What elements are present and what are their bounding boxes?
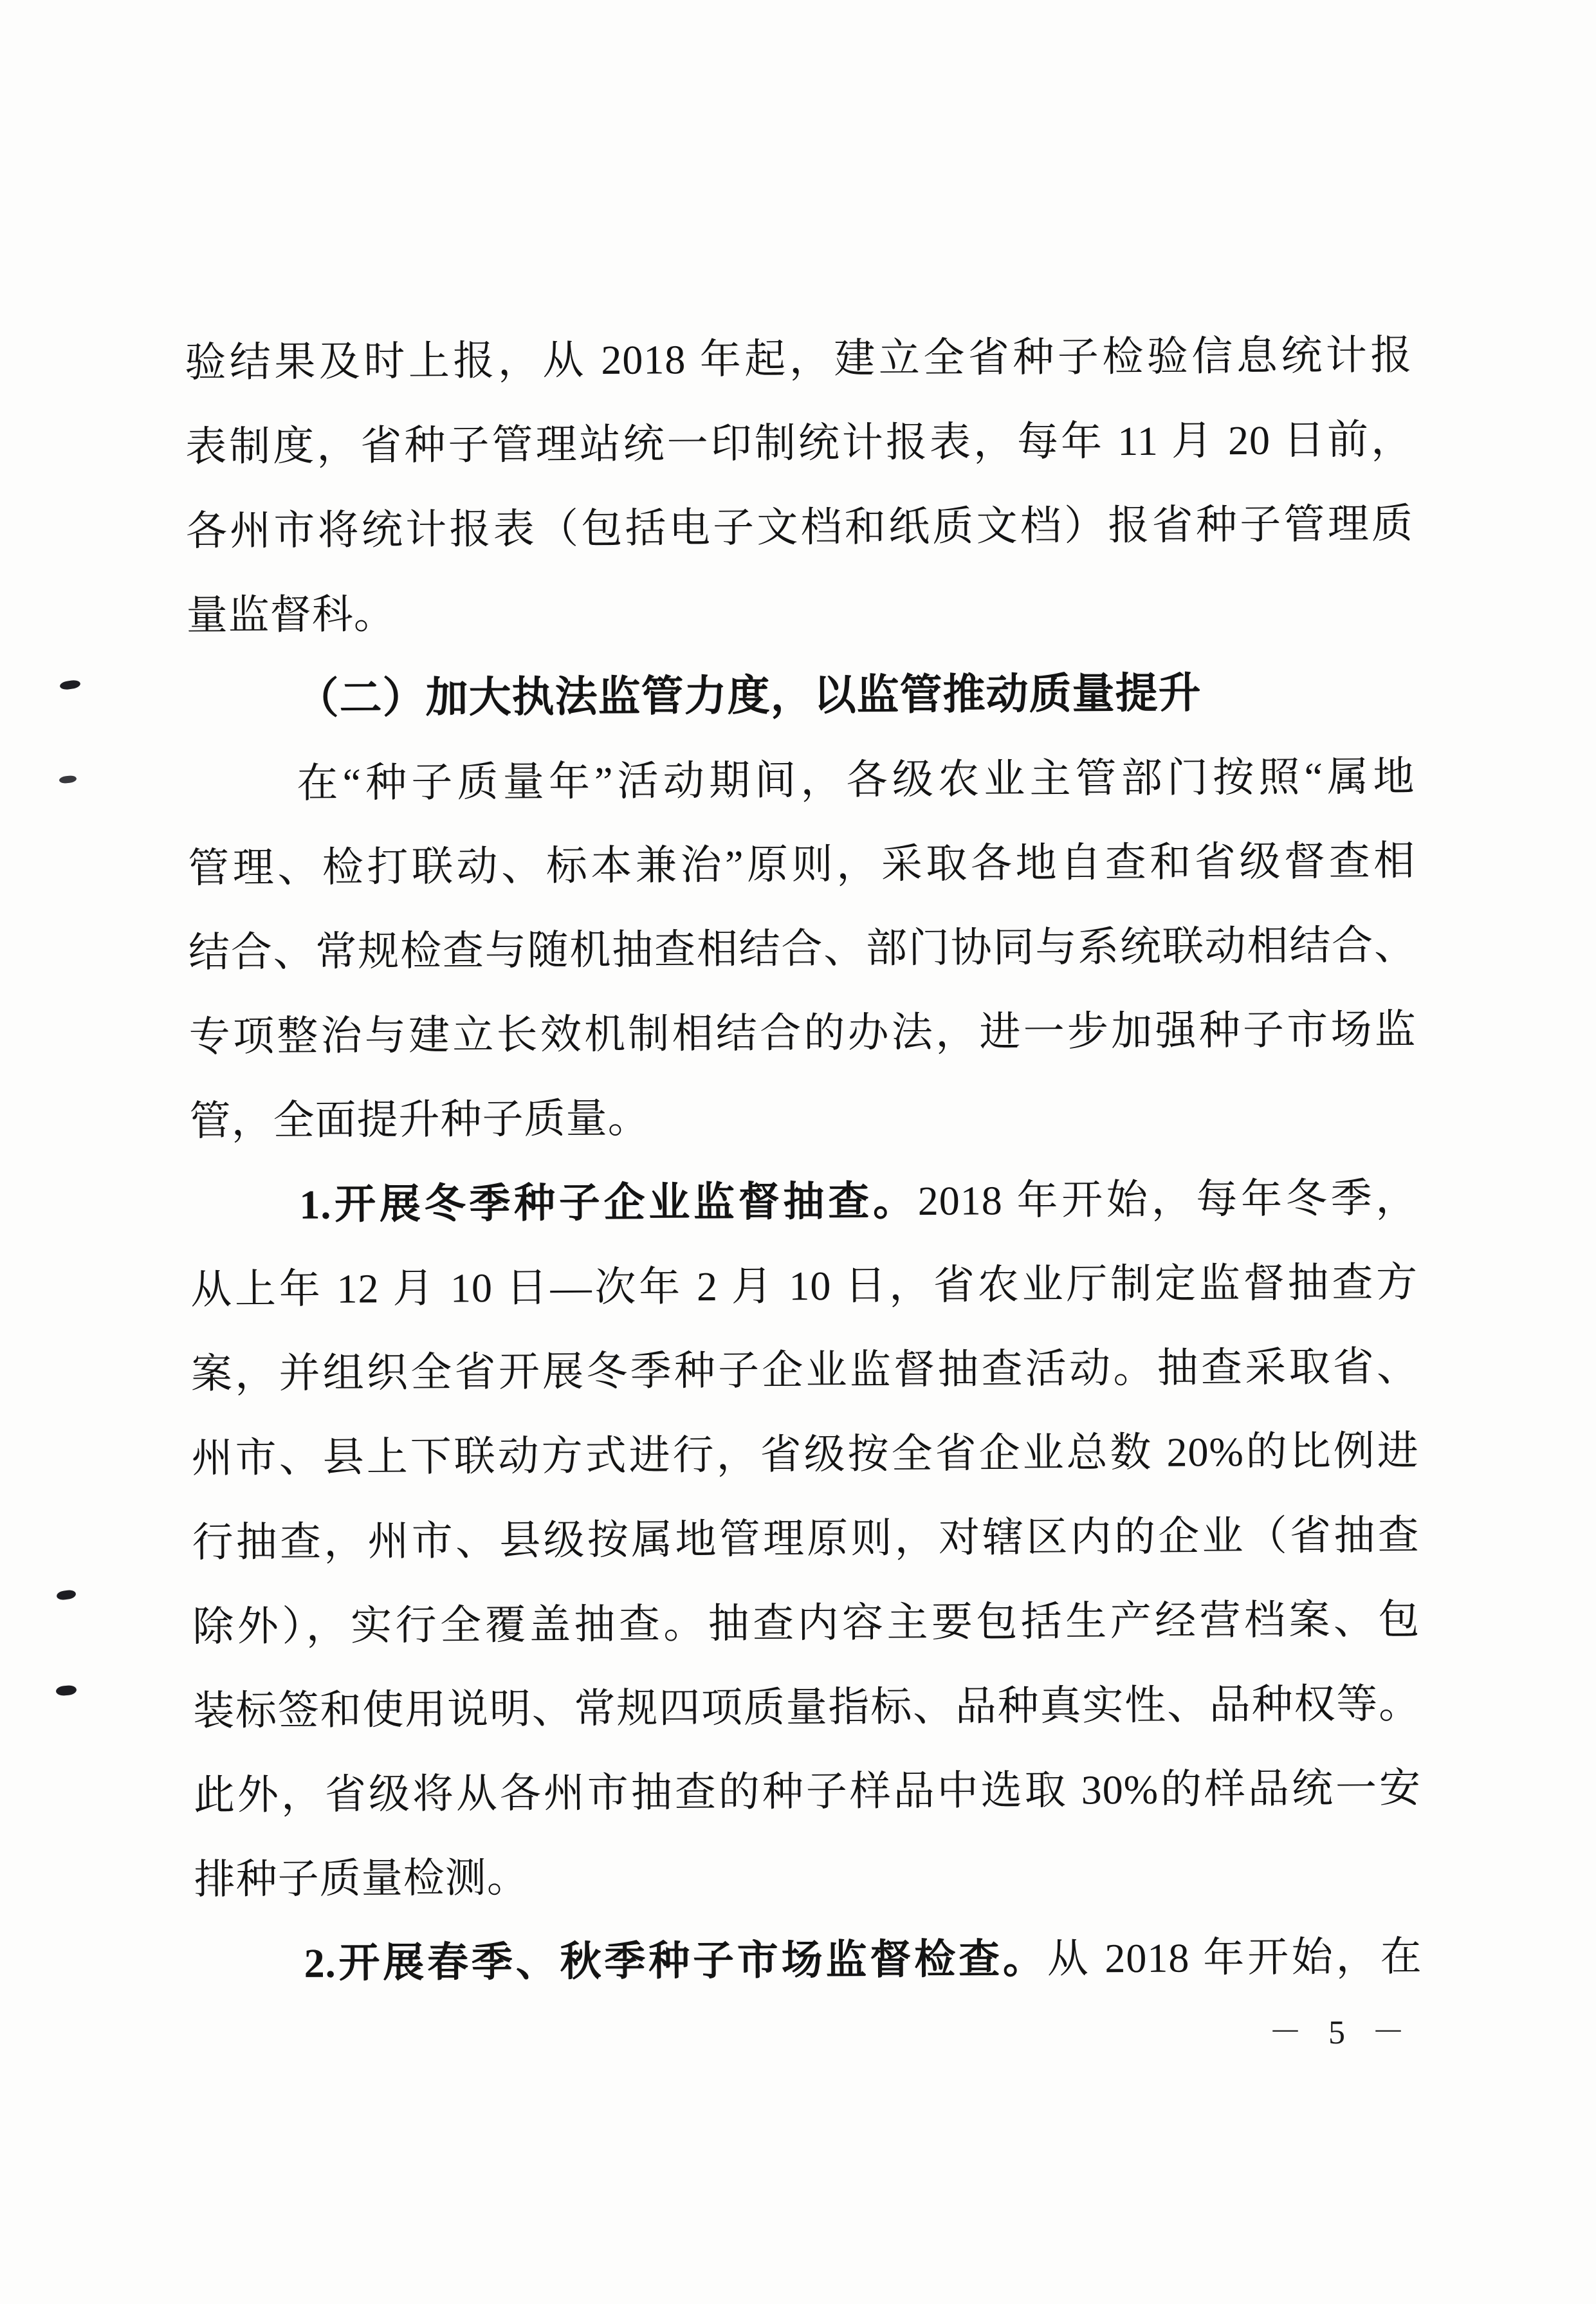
text-segment: 在“种子质量年”活动期间，各级农业主管部门按照“属地 xyxy=(297,753,1415,806)
body-text-line: 管理、检打联动、标本兼治”原则，采取各地自查和省级督查相 xyxy=(188,818,1416,910)
body-text-line: 2.开展春季、秋季种子市场监督检查。从 2018 年开始，在 xyxy=(194,1914,1422,2006)
text-segment: 管理、检打联动、标本兼治”原则，采取各地自查和省级督查相 xyxy=(188,838,1415,891)
text-segment: 从上年 12 月 10 日—次年 2 月 10 日，省农业厅制定监督抽查方 xyxy=(190,1259,1418,1313)
text-segment: 除外），实行全覆盖抽查。抽查内容主要包括生产经营档案、包 xyxy=(192,1596,1420,1650)
body-text-line: 验结果及时上报，从 2018 年起，建立全省种子检验信息统计报 xyxy=(185,313,1413,405)
document-page: 验结果及时上报，从 2018 年起，建立全省种子检验信息统计报表制度，省种子管理… xyxy=(0,0,1596,2304)
body-text-line: 量监督科。 xyxy=(186,566,1414,658)
body-text-line: 结合、常规检查与随机抽查相结合、部门协同与系统联动相结合、 xyxy=(188,903,1417,995)
text-segment: 州市、县上下联动方式进行，省级按全省企业总数 20%的比例进 xyxy=(192,1428,1419,1481)
text-segment: 排种子质量检测。 xyxy=(194,1855,529,1903)
numbered-item-lead: 1.开展冬季种子企业监督抽查。 xyxy=(299,1178,918,1228)
scan-artifact-mark xyxy=(59,775,77,784)
body-text-line: 州市、县上下联动方式进行，省级按全省企业总数 20%的比例进 xyxy=(191,1408,1419,1500)
text-segment: 从 2018 年开始，在 xyxy=(1047,1933,1422,1982)
body-text-line: 表制度，省种子管理站统一印制统计报表，每年 11 月 20 日前， xyxy=(185,397,1413,489)
text-block: 验结果及时上报，从 2018 年起，建立全省种子检验信息统计报表制度，省种子管理… xyxy=(185,313,1422,2006)
text-segment: 2018 年开始，每年冬季， xyxy=(918,1175,1418,1224)
body-text-line: 专项整治与建立长效机制相结合的办法，进一步加强种子市场监 xyxy=(188,987,1417,1079)
body-text-line: 从上年 12 月 10 日—次年 2 月 10 日，省农业厅制定监督抽查方 xyxy=(190,1240,1418,1332)
text-segment: 结合、常规检查与随机抽查相结合、部门协同与系统联动相结合、 xyxy=(188,922,1416,975)
body-text-line: 行抽查，州市、县级按属地管理原则，对辖区内的企业（省抽查 xyxy=(192,1493,1420,1585)
body-text-line: 排种子质量检测。 xyxy=(194,1830,1422,1922)
text-segment: 此外，省级将从各州市抽查的种子样品中选取 30%的样品统一安 xyxy=(194,1765,1421,1818)
text-segment: 验结果及时上报，从 2018 年起，建立全省种子检验信息统计报 xyxy=(185,332,1412,385)
section-heading-text: （二）加大执法监管力度，以监管推动质量提升 xyxy=(296,670,1201,723)
body-text-line: 1.开展冬季种子企业监督抽查。2018 年开始，每年冬季， xyxy=(190,1156,1418,1248)
text-segment: 量监督科。 xyxy=(187,591,396,638)
text-segment: 装标签和使用说明、常规四项质量指标、品种真实性、品种权等。 xyxy=(193,1681,1420,1734)
scan-artifact-mark xyxy=(56,1589,77,1601)
numbered-item-lead: 2.开展春季、秋季种子市场监督检查。 xyxy=(304,1936,1047,1986)
text-segment: 管，全面提升种子质量。 xyxy=(189,1096,649,1144)
body-text-line: 除外），实行全覆盖抽查。抽查内容主要包括生产经营档案、包 xyxy=(192,1577,1420,1669)
section-heading: （二）加大执法监管力度，以监管推动质量提升 xyxy=(187,650,1415,742)
page-number: － 5 － xyxy=(1269,1996,1414,2070)
scan-artifact-mark xyxy=(59,679,80,690)
body-text-line: 此外，省级将从各州市抽查的种子样品中选取 30%的样品统一安 xyxy=(194,1746,1422,1838)
body-text-line: 装标签和使用说明、常规四项质量指标、品种真实性、品种权等。 xyxy=(193,1661,1421,1753)
body-text-line: 各州市将统计报表（包括电子文档和纸质文档）报省种子管理质 xyxy=(186,481,1414,573)
text-segment: 各州市将统计报表（包括电子文档和纸质文档）报省种子管理质 xyxy=(186,501,1413,554)
text-segment: 案，并组织全省开展冬季种子企业监督抽查活动。抽查采取省、 xyxy=(191,1343,1418,1397)
text-segment: 表制度，省种子管理站统一印制统计报表，每年 11 月 20 日前， xyxy=(185,416,1413,470)
body-text-line: 管，全面提升种子质量。 xyxy=(189,1071,1417,1163)
text-segment: 行抽查，州市、县级按属地管理原则，对辖区内的企业（省抽查 xyxy=(192,1512,1419,1565)
body-text-line: 在“种子质量年”活动期间，各级农业主管部门按照“属地 xyxy=(187,734,1415,826)
body-text-line: 案，并组织全省开展冬季种子企业监督抽查活动。抽查采取省、 xyxy=(191,1324,1419,1416)
scan-artifact-mark xyxy=(55,1685,77,1697)
text-segment: 专项整治与建立长效机制相结合的办法，进一步加强种子市场监 xyxy=(189,1006,1417,1060)
